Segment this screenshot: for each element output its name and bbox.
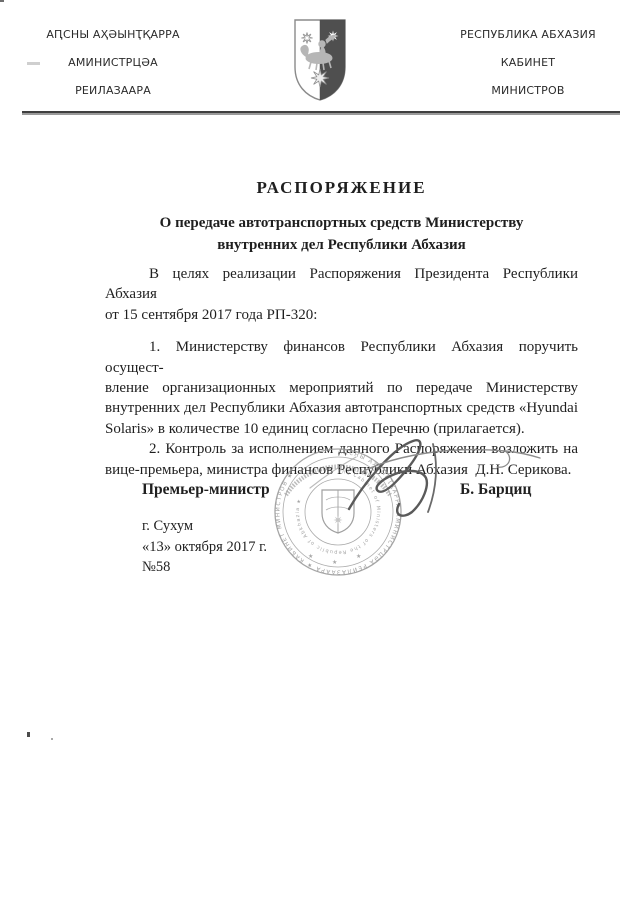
letterhead-russian-line: РЕСПУБЛИКА АБХАЗИЯ [438,21,618,49]
paragraph-line: В целях реализации Распоряжения Президен… [105,264,578,305]
issue-number: №58 [142,557,267,578]
letterhead-russian-line: КАБИНЕТ [438,49,618,77]
paragraph: В целях реализации Распоряжения Президен… [105,264,578,325]
paragraph-line: 1. Министерству финансов Республики Абха… [105,337,578,378]
issue-date: «13» октября 2017 г. [142,537,267,558]
svg-text:★: ★ [308,553,313,560]
document-subtitle-line: внутренних дел Республики Абхазия [105,234,578,256]
scan-speck [27,62,40,65]
svg-text:★: ★ [332,559,337,566]
letterhead-divider-rule [22,111,620,115]
document-subtitle-line: О передаче автотранспортных средств Мини… [105,212,578,234]
issue-place: г. Сухум [142,516,267,537]
scan-speck [27,732,30,737]
letterhead-russian: РЕСПУБЛИКА АБХАЗИЯ КАБИНЕТ МИНИСТРОВ [438,21,618,105]
letterhead-abkhaz: АԤСНЫ АҲӘЫНҬҚАРРА АМИНИСТРЦӘА РЕИЛАЗААРА [18,21,208,105]
document-title: РАСПОРЯЖЕНИЕ [105,178,578,198]
coat-of-arms-icon [291,17,349,103]
letterhead-abkhaz-line: АԤСНЫ АҲӘЫНҬҚАРРА [18,21,208,49]
scan-speck [51,738,53,740]
paragraph-line: внутренних дел Республики Абхазия автотр… [105,398,578,418]
svg-text:★: ★ [356,553,361,560]
letterhead-russian-line: МИНИСТРОВ [438,77,618,105]
paragraph-line: вление организационных мероприятий по пе… [105,378,578,398]
document-page: АԤСНЫ АҲӘЫНҬҚАРРА АМИНИСТРЦӘА РЕИЛАЗААРА… [0,0,640,905]
document-subtitle: О передаче автотранспортных средств Мини… [105,212,578,256]
paragraph-line: от 15 сентября 2017 года РП-320: [105,305,578,325]
scan-speck [0,0,4,2]
issue-details: г. Сухум «13» октября 2017 г. №58 [142,516,267,578]
handwritten-signature [300,424,552,536]
letterhead-abkhaz-line: РЕИЛАЗААРА [18,77,208,105]
arms-star-main [311,69,329,87]
signer-post-label: Премьер-министр [142,481,270,499]
letterhead-abkhaz-line: АМИНИСТРЦӘА [18,49,208,77]
seal-ring-stars: ★★★ [308,553,361,566]
